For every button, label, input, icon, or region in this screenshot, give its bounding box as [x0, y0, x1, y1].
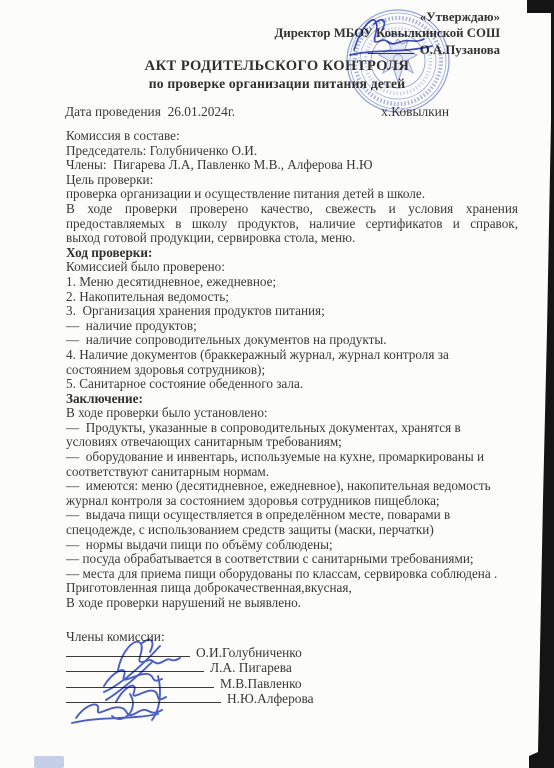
body-line: — наличие продуктов; [66, 319, 518, 334]
body-line: соответствуют санитарным нормам. [66, 465, 518, 480]
body-line: 5. Санитарное состояние обеденного зала. [66, 377, 518, 392]
scan-artifact-right-edge [527, 0, 554, 768]
date-value: 26.01.2024г. [168, 104, 236, 119]
place-name: х.Ковылкин [381, 104, 449, 120]
date-label: Дата проведения [65, 104, 161, 119]
body-line: Цель проверки: [66, 173, 518, 188]
body-line: проверка организации и осуществление пит… [66, 187, 518, 202]
body-line: Заключение: [66, 392, 518, 407]
body-line: Члены: Пигарева Л.А, Павленко М.В., Алфе… [66, 158, 518, 173]
date-spacer [161, 104, 168, 119]
scanned-document-page: «Утверждаю» Директор МБОУ Ковылкинской С… [0, 0, 554, 768]
body-line: — имеются: меню (десятидневное, ежедневн… [66, 479, 518, 494]
body-line: состоянием здоровья сотрудников); [66, 363, 518, 378]
body-line: Председатель: Голубниченко О.И. [66, 144, 518, 159]
body-line: В ходе проверки было установлено: [66, 406, 518, 421]
body-line: — наличие сопроводительных документов на… [66, 333, 518, 348]
body-line: — нормы выдачи пищи по объёму соблюдены; [66, 538, 518, 553]
doc-title: АКТ РОДИТЕЛЬСКОГО КОНТРОЛЯ [0, 58, 554, 75]
body-line: спецодежде, с использованием средств защ… [66, 523, 518, 538]
date-row: Дата проведения 26.01.2024г. х.Ковылкин [65, 104, 449, 120]
body-line: Ход проверки: [66, 246, 518, 261]
director-signature [330, 8, 460, 64]
body-line: В ходе проверки нарушений не выявлено. [66, 596, 518, 611]
body-line: предоставляемых в школу продуктов, налич… [66, 217, 518, 232]
doc-subtitle: по проверке организации питания детей [0, 76, 554, 92]
date-text: Дата проведения 26.01.2024г. [65, 104, 235, 120]
scan-artifact-bottom-left [34, 756, 64, 768]
body-line: В ходе проверки проверено качество, свеж… [66, 202, 518, 217]
body-line: 4. Наличие документов (браккеражный журн… [66, 348, 518, 363]
body-line: — посуда обрабатывается в соответствии с… [66, 552, 518, 567]
body-line: выход готовой продукции, сервировка стол… [66, 231, 518, 246]
body-line: — оборудование и инвентарь, используемые… [66, 450, 518, 465]
body-line: — выдача пищи осуществляется в определён… [66, 508, 518, 523]
body-line: — Продукты, указанные в сопроводительных… [66, 421, 518, 436]
body-line: 3. Организация хранения продуктов питани… [66, 304, 518, 319]
body-line: Приготовленная пища доброкачественная,вк… [66, 581, 518, 596]
body-text: Комиссия в составе: Председатель: Голубн… [66, 129, 518, 611]
member-signatures [60, 628, 280, 738]
body-line: Комиссией было проверено: [66, 260, 518, 275]
body-line: — места для приема пищи оборудованы по к… [66, 567, 518, 582]
body-line: условиях отвечающих санитарным требовани… [66, 435, 518, 450]
body-line: 2. Накопительная ведомость; [66, 290, 518, 305]
body-line: 1. Меню десятидневное, ежедневное; [66, 275, 518, 290]
body-line: журнал контроля за состоянием здоровья с… [66, 494, 518, 509]
body-line: Комиссия в составе: [66, 129, 518, 144]
